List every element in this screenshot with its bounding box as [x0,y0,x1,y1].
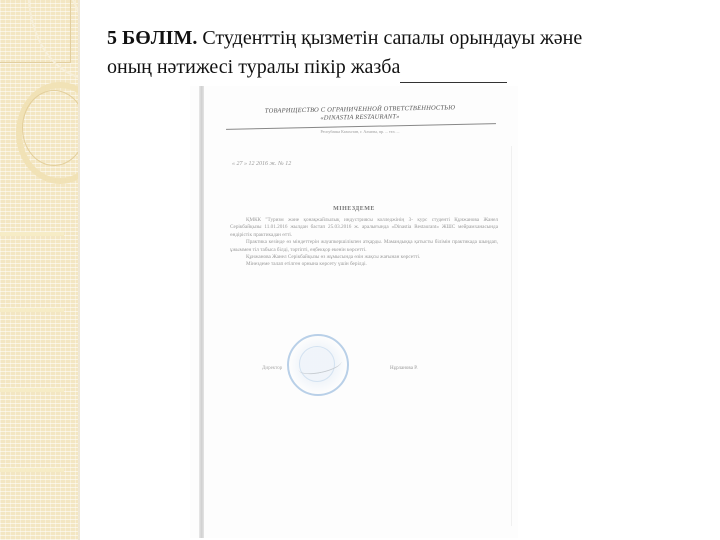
document-letterhead: ТОВАРИЩЕСТВО С ОГРАНИЧЕННОЙ ОТВЕТСТВЕННО… [230,104,490,125]
document-date: « 27 » 12 2016 ж. № 12 [232,161,291,167]
document-heading: МІНЕЗДЕМЕ [190,206,518,212]
body-paragraph: Мінездеме талап етілген орнына көрсету ү… [230,261,498,268]
title-underline [400,82,507,83]
decorative-band [0,468,64,472]
section-number: 5 БӨЛІМ. [107,27,197,49]
body-paragraph: ҚМКК "Туризм және қонақжайлылық индустри… [230,217,498,239]
title-line1-text: Студенттің қызметін сапалы орындауы және [197,27,582,49]
body-paragraph: Практика кезінде өз міндеттерін жауапкер… [230,239,498,254]
signer-name: Нұрланова Р. [390,366,418,371]
slide-title: 5 БӨЛІМ. Студенттің қызметін сапалы орын… [107,24,707,82]
decorative-band [0,308,64,312]
scanned-document-image: ТОВАРИЩЕСТВО С ОГРАНИЧЕННОЙ ОТВЕТСТВЕННО… [190,86,518,538]
decorative-band [0,232,64,236]
decorative-band [0,388,64,392]
title-line2-text: оның нәтижесі туралы пікір жазба [107,56,400,78]
signer-title: Директор [262,366,282,371]
decorative-ring-inner [22,90,80,166]
document-body: ҚМКК "Туризм және қонақжайлылық индустри… [230,217,498,269]
letterhead-address: Республика Казахстан, г. Алматы, пр. ...… [240,129,480,134]
scan-page-edge [199,86,204,538]
decorative-side-strip [0,0,80,540]
scan-page-edge-right [511,146,512,526]
